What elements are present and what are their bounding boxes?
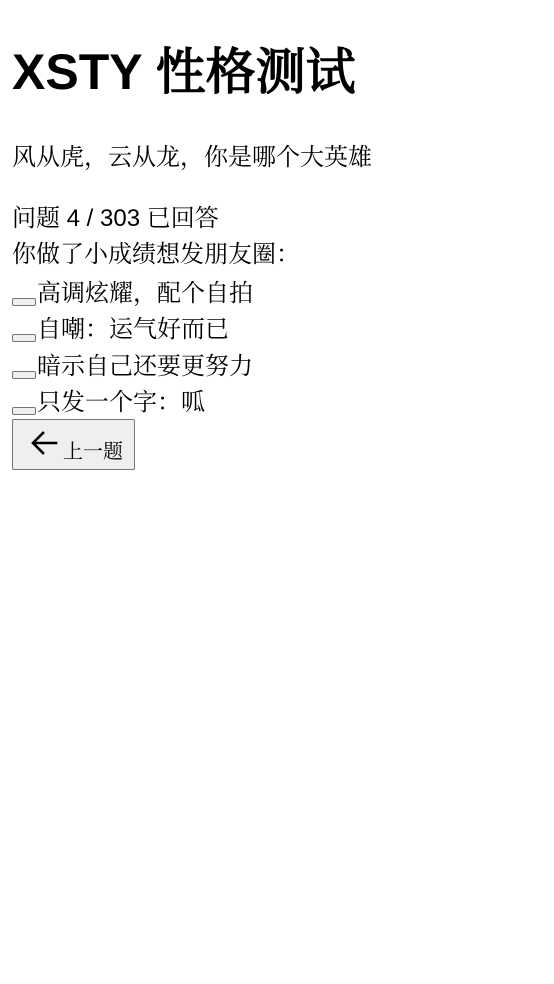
option-label: 高调炫耀，配个自拍	[37, 278, 253, 312]
option-label: 只发一个字：呱	[37, 387, 205, 421]
option-label: 自嘲：运气好而已	[37, 314, 229, 348]
page-title: XSTY 性格测试	[12, 40, 356, 104]
option-item: 只发一个字：呱	[12, 385, 253, 422]
option-item: 高调炫耀，配个自拍	[12, 275, 253, 312]
progress-text: 问题 4 / 303 已回答	[12, 203, 219, 235]
option-button-4[interactable]	[12, 407, 36, 415]
option-item: 暗示自己还要更努力	[12, 348, 253, 385]
previous-question-label: 上一题	[63, 440, 123, 464]
previous-question-button[interactable]: 上一题	[12, 419, 135, 470]
page-subtitle: 风从虎，云从龙，你是哪个大英雄	[12, 142, 372, 174]
option-label: 暗示自己还要更努力	[37, 351, 253, 385]
option-button-1[interactable]	[12, 298, 36, 306]
option-item: 自嘲：运气好而已	[12, 312, 253, 349]
option-button-3[interactable]	[12, 371, 36, 379]
question-text: 你做了小成绩想发朋友圈：	[12, 239, 300, 271]
option-button-2[interactable]	[12, 334, 36, 342]
options-list: 高调炫耀，配个自拍 自嘲：运气好而已 暗示自己还要更努力 只发一个字：呱	[12, 275, 253, 421]
arrow-left-icon	[29, 428, 59, 458]
